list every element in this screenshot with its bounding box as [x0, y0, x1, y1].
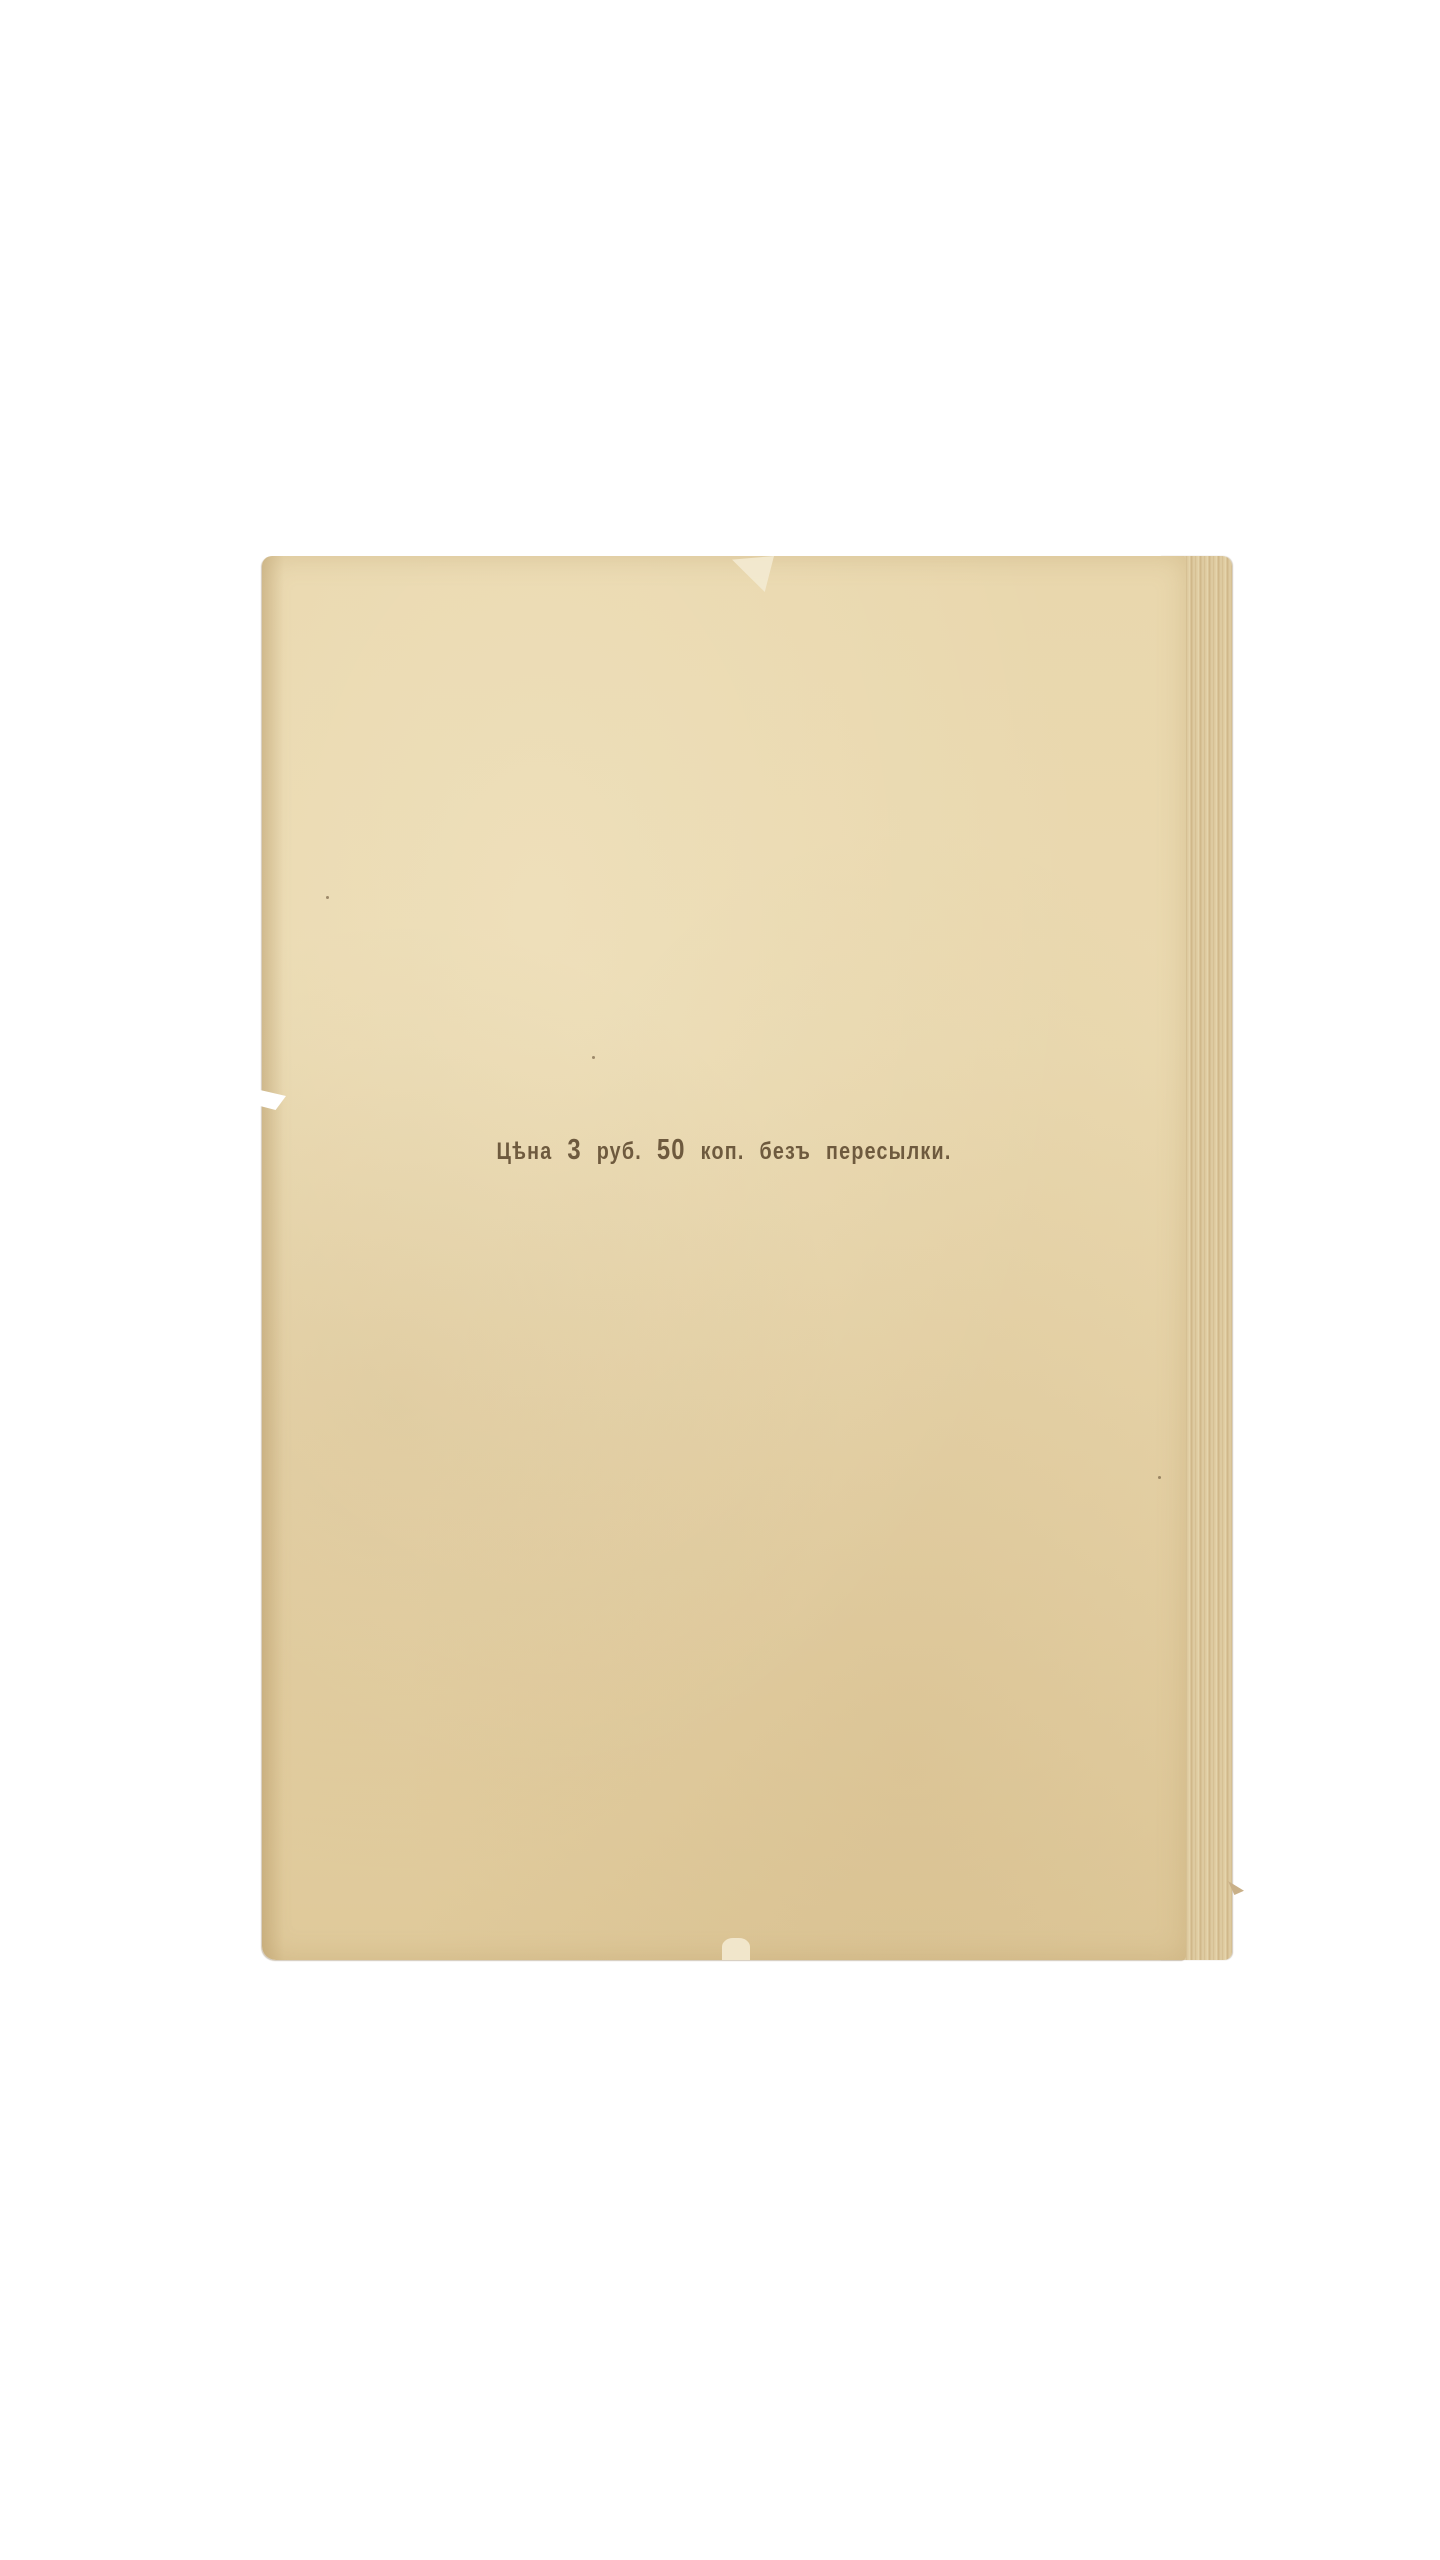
book-cover: Цѣна 3 руб. 50 коп. безъ пересылки. [262, 556, 1186, 1960]
paper-speck [592, 1056, 595, 1059]
price-rubles: 3 [567, 1134, 581, 1166]
price-word: пересылки. [826, 1138, 952, 1165]
price-word: безъ [759, 1138, 811, 1165]
price-kopecks: 50 [657, 1134, 686, 1166]
paper-speck [326, 896, 329, 899]
price-text: Цѣна 3 руб. 50 коп. безъ пересылки. [345, 1134, 1103, 1167]
price-word: коп. [701, 1138, 745, 1165]
bottom-edge-tear [722, 1938, 750, 1960]
price-word: руб. [597, 1138, 642, 1165]
spine-stain [262, 556, 284, 1960]
paper-speck [1158, 1476, 1161, 1479]
price-word: Цѣна [496, 1138, 552, 1165]
top-edge-tear [732, 556, 774, 592]
